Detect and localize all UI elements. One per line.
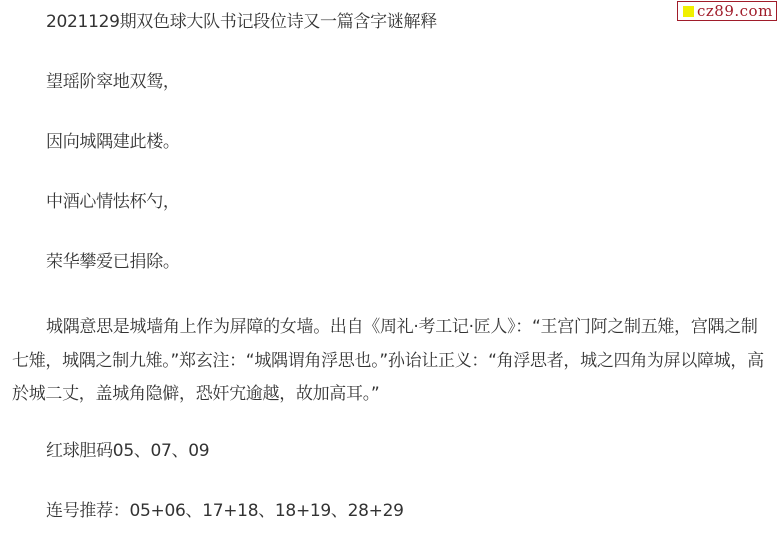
watermark-logo: cz89.com bbox=[677, 1, 777, 21]
red-ball-dan-line: 红球胆码05、07、09 bbox=[46, 440, 209, 462]
consecutive-recommend-line: 连号推荐：05+06、17+18、18+19、28+29 bbox=[46, 500, 404, 522]
poem-line-1: 望瑶阶窣地双鸳， bbox=[46, 71, 180, 93]
yellow-square-icon bbox=[683, 6, 694, 17]
watermark-text: cz89.com bbox=[697, 2, 773, 20]
poem-line-2: 因向城隅建此楼。 bbox=[46, 131, 180, 153]
poem-line-3: 中酒心情怯杯勺， bbox=[46, 191, 180, 213]
explanation-paragraph: 城隅意思是城墙角上作为屏障的女墙。出自《周礼·考工记·匠人》：“王宫门阿之制五雉… bbox=[12, 311, 772, 412]
article-title: 2021129期双色球大队书记段位诗又一篇含字谜解释 bbox=[46, 11, 437, 33]
poem-line-4: 荣华攀爱已捐除。 bbox=[46, 251, 180, 273]
